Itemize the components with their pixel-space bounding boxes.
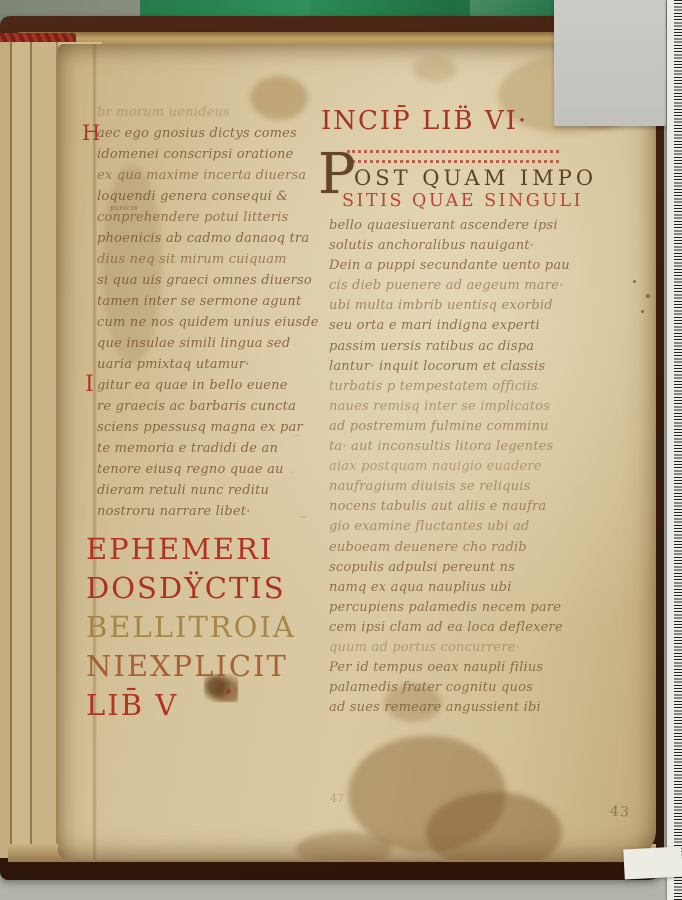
text-line: nocens tabulis aut aliis e naufra [329, 497, 579, 517]
gray-card [554, 0, 666, 126]
margin-mark: ᵕ [291, 320, 295, 331]
text-line: ubi multa imbrib uentisq exorbid [329, 296, 579, 316]
margin-mark: · [290, 468, 293, 479]
text-line: phoenicis ab cadmo danaoq tra [97, 228, 327, 249]
text-line: ta· aut inconsultis litora legentes [329, 437, 579, 457]
manuscript-page: H I punicis br morum uenideusaec ego gno… [58, 44, 656, 860]
right-text-column: bello quaesiuerant ascendere ipsisolutis… [329, 216, 579, 718]
uncial-line-2: SITIS QUAE SINGULI [342, 191, 583, 211]
text-line: cem ipsi clam ad ea loca deflexere [329, 618, 579, 638]
text-line: naufragium diuisis se reliquis [329, 477, 579, 497]
text-line: gitur ea quae in bello euene [97, 375, 327, 396]
text-line: Dein a puppi secundante uento pau [329, 256, 579, 276]
text-line: que insulae simili lingua sed [97, 333, 327, 354]
stain [413, 56, 457, 82]
text-line: loquendi genera consequi & [97, 186, 327, 207]
margin-mark: – [295, 430, 300, 441]
text-line: naues remisq inter se implicatos [329, 397, 579, 417]
text-line: dius neq sit mirum cuiquam [97, 249, 327, 270]
ink-speck [633, 280, 636, 283]
ink-speck [646, 294, 650, 298]
stain [296, 832, 392, 860]
text-line: NIEXPLICIT [86, 647, 346, 686]
text-line: aec ego gnosius dictys comes [97, 123, 327, 144]
text-line: euboeam deuenere cho radib [329, 538, 579, 558]
millimeter-ruler [667, 0, 682, 900]
stain [426, 792, 562, 860]
text-line: ad postremum fulmine comminu [329, 417, 579, 437]
initial-i: I [85, 372, 94, 397]
text-line: si qua uis graeci omnes diuerso [97, 270, 327, 291]
ink-speck [641, 310, 644, 313]
text-line: cis dieb puenere ad aegeum mare· [329, 276, 579, 296]
text-line: ex qua maxime incerta diuersa [97, 165, 327, 186]
text-line: sciens ppessusq magna ex par [97, 417, 327, 438]
text-line: re graecis ac barbaris cuncta [97, 396, 327, 417]
text-line: namq ex aqua nauplius ubi [329, 578, 579, 598]
margin-mark: ⁊ [289, 296, 294, 307]
manuscript-photograph: H I punicis br morum uenideusaec ego gno… [0, 0, 682, 900]
text-line: ad sues remeare angussient ibi [329, 698, 579, 718]
text-line: percupiens palamedis necem pare [329, 598, 579, 618]
text-line: EPHEMERI [86, 530, 346, 569]
text-line: Per id tempus oeax naupli filius [329, 658, 579, 678]
white-label-card [623, 847, 682, 880]
faint-page-number: 47 [330, 792, 344, 805]
explicit-display-capitals: EPHEMERIDOSDŸCTISBELLITROIANIEXPLICITLIB… [86, 530, 346, 725]
text-line: LIB̄ V [86, 686, 346, 725]
text-line: scopulis adpulsi pereunt ns [329, 558, 579, 578]
folio-number: 43 [610, 803, 631, 820]
stain [348, 736, 506, 852]
text-line: br morum uenideus [97, 102, 327, 123]
text-line: quum ad portus concurrere· [329, 638, 579, 658]
text-line: uaria pmixtaq utamur· [97, 354, 327, 375]
text-line: conprehendere potui litteris [97, 207, 327, 228]
ornament-divider [347, 150, 559, 163]
uncial-line-1: OST QUAM IMPO [354, 166, 597, 190]
text-line: DOSDŸCTIS [86, 569, 346, 608]
text-line: palamedis frater cognitu quos [329, 678, 579, 698]
text-line: solutis anchoralibus nauigant· [329, 236, 579, 256]
margin-mark: ~ [299, 512, 307, 523]
text-line: turbatis p tempestatem officiis [329, 377, 579, 397]
text-line: idomenei conscripsi oratione [97, 144, 327, 165]
text-line: BELLITROIA [86, 608, 346, 647]
text-line: gio examine fluctantes ubi ad [329, 517, 579, 537]
text-line: lantur· inquit locorum et classis [329, 357, 579, 377]
text-line: dieram retuli nunc reditu [97, 480, 327, 501]
left-text-column: br morum uenideusaec ego gnosius dictys … [97, 102, 327, 522]
text-line: passim uersis ratibus ac dispa [329, 337, 579, 357]
text-line: aiax postquam nauigio euadere [329, 457, 579, 477]
text-line: te memoria e tradidi de an [97, 438, 327, 459]
incipit-heading: INCIP̄ LIB̈ VI· [321, 106, 528, 136]
text-line: nostroru narrare libet· [97, 501, 327, 522]
text-line: seu orta e mari indigna experti [329, 316, 579, 336]
text-line: bello quaesiuerant ascendere ipsi [329, 216, 579, 236]
